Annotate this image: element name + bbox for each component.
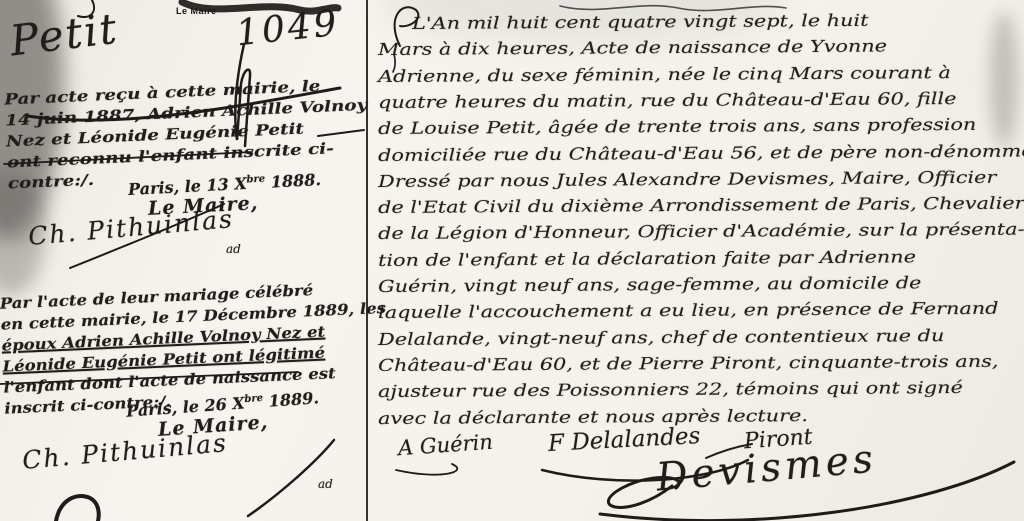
date-superscript: bre [244,393,263,405]
column-divider-rule [366,0,368,521]
act-line: L'An mil huit cent quatre vingt sept, le… [412,11,869,33]
act-line: avec la déclarante et nous après lecture… [378,406,808,428]
act-line: Château-d'Eau 60, et de Pierre Piront, c… [378,352,999,375]
act-line: laquelle l'accouchement a eu lieu, en pr… [378,299,999,322]
act-line: domiciliée rue du Château-d'Eau 56, et d… [378,141,1024,165]
registry-scan-page: Petit Le Maire 1049 Par acte reçu à cett… [0,0,1024,521]
margin-surname: Petit [7,4,121,66]
act-line: quatre heures du matin, rue du Château-d… [378,89,957,112]
paraph-mark: ad [318,477,333,491]
act-line: de la Légion d'Honneur, Officier d'Acadé… [378,220,1024,243]
act-line: Adrienne, du sexe féminin, née le cinq M… [378,63,951,86]
act-line: Mars à dix heures, Acte de naissance de … [378,36,887,59]
place-date-year: 1888. [265,170,322,192]
mayor-signature: Ch. Pithuinlas [21,428,229,475]
guerin-signature-tail [396,464,457,475]
act-line: Dressé par nous Jules Alexandre Devismes… [378,168,996,191]
cut-off-stroke-top-right [560,6,786,11]
paraph-mark: ad [226,242,241,256]
date-superscript: bre [246,174,265,186]
act-line: Guérin, vingt neuf ans, sage-femme, au d… [378,273,922,296]
act-line: ajusteur rue des Poissonniers 22, témoin… [378,378,963,401]
witness-signature-delalande: F Delalandes [547,423,701,457]
mairie-stamp-text: Le Maire [176,6,217,16]
place-date-year: 1889. [263,388,320,411]
act-line: de l'Etat Civil du dixième Arrondissemen… [378,194,1024,217]
act-line: Delalande, vingt-neuf ans, chef de conte… [378,326,944,349]
mayor-signature: Ch. Pithuinlas [27,204,235,251]
cut-off-stroke-bottom-left [56,496,99,521]
act-line: tion de l'enfant et la déclaration faite… [378,247,916,270]
act-number: 1049 [234,3,341,55]
scan-smudge-right-edge [990,12,1018,147]
act-line: de Louise Petit, âgée de trente trois an… [378,115,976,138]
witness-signature-guerin: A Guérin [397,430,493,461]
